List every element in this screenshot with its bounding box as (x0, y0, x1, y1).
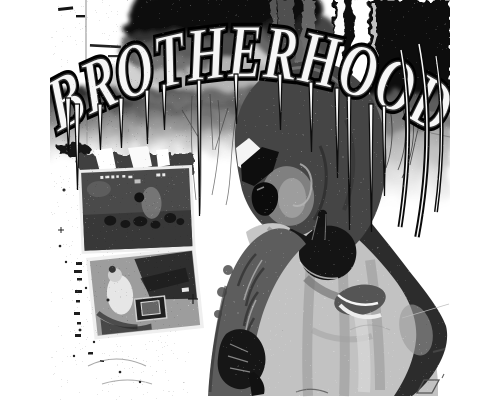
album-cover-page: BROTHERHOOD BROTHERHOOD (0, 0, 500, 400)
artwork-canvas: BROTHERHOOD BROTHERHOOD (50, 0, 450, 400)
left-speckle-overlay (50, 0, 190, 400)
album-artwork: BROTHERHOOD BROTHERHOOD (50, 0, 450, 400)
